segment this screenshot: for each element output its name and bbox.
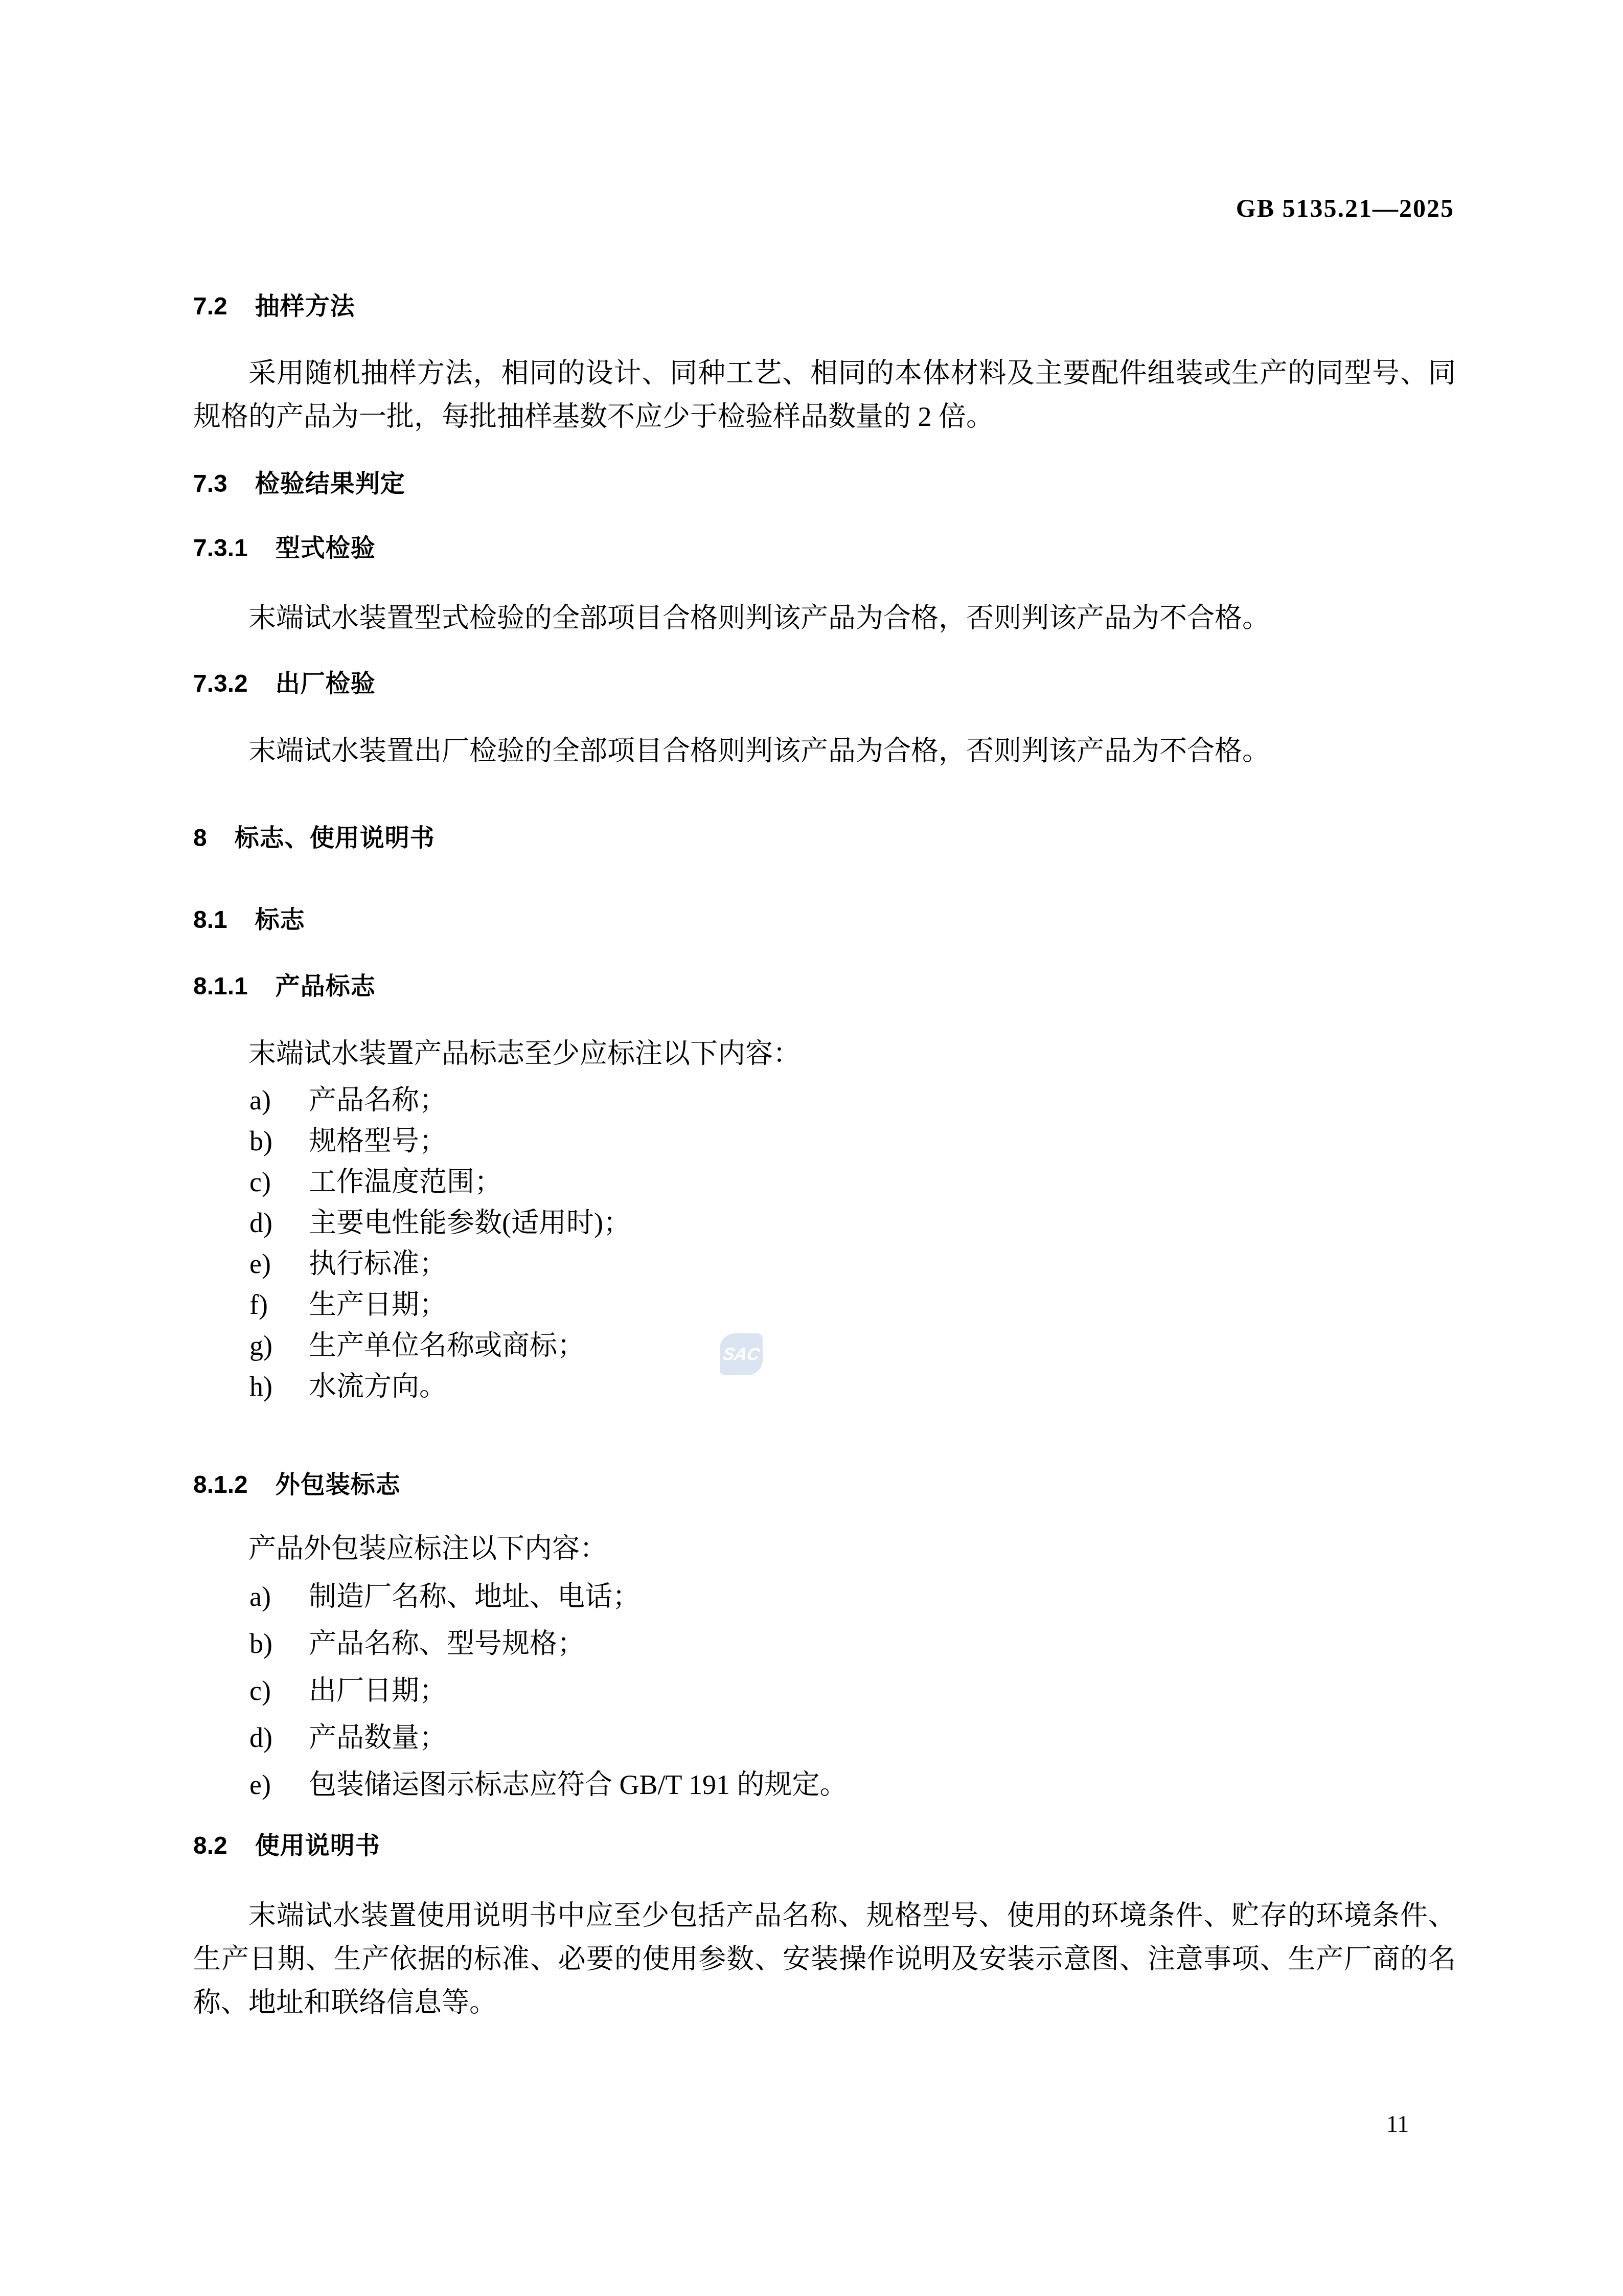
section-heading-8-1-2: 8.1.2外包装标志 [193, 1470, 401, 1501]
section-heading-7-3-2: 7.3.2出厂检验 [193, 669, 376, 699]
section-title: 出厂检验 [276, 670, 376, 697]
section-heading-7-2: 7.2抽样方法 [193, 291, 355, 322]
list-item: b)产品名称、型号规格； [193, 1620, 1456, 1667]
list-item-label: f) [249, 1284, 309, 1325]
section-number: 8.1 [193, 905, 227, 936]
marking-list-8-1-1: a)产品名称； b)规格型号； c)工作温度范围； d)主要电性能参数(适用时)… [193, 1080, 1456, 1407]
section-number: 8.1.2 [193, 1470, 248, 1501]
section-heading-8-1: 8.1标志 [193, 905, 305, 936]
section-title: 外包装标志 [276, 1471, 401, 1498]
list-item-text: 执行标准； [309, 1248, 447, 1279]
marking-list-8-1-2: a)制造厂名称、地址、电话； b)产品名称、型号规格； c)出厂日期； d)产品… [193, 1573, 1456, 1808]
list-item-label: g) [249, 1325, 309, 1366]
section-number: 7.3.2 [193, 669, 248, 699]
paragraph-7-2: 采用随机抽样方法，相同的设计、同种工艺、相同的本体材料及主要配件组装或生产的同型… [193, 352, 1456, 439]
page-number: 11 [1386, 2110, 1409, 2138]
list-item: h)水流方向。 [193, 1366, 1456, 1407]
section-heading-8: 8标志、使用说明书 [193, 823, 435, 854]
list-item-label: b) [249, 1121, 309, 1162]
list-item-text: 生产日期； [309, 1289, 447, 1320]
list-item: f)生产日期； [193, 1284, 1456, 1325]
section-title: 抽样方法 [255, 293, 355, 320]
section-title: 使用说明书 [255, 1832, 380, 1859]
section-heading-7-3-1: 7.3.1型式检验 [193, 533, 376, 564]
section-title: 产品标志 [276, 973, 376, 1000]
list-item: a)产品名称； [193, 1080, 1456, 1121]
list-item-text: 制造厂名称、地址、电话； [309, 1581, 640, 1612]
sac-watermark-logo: SAC [720, 1333, 763, 1375]
list-intro-8-1-1: 末端试水装置产品标志至少应标注以下内容： [193, 1032, 1456, 1076]
section-number: 7.3.1 [193, 533, 248, 564]
section-heading-8-2: 8.2使用说明书 [193, 1831, 380, 1861]
list-item-text: 包装储运图示标志应符合 GB/T 191 的规定。 [309, 1769, 848, 1800]
section-number: 8 [193, 823, 207, 854]
section-number: 7.3 [193, 469, 227, 499]
list-item-text: 生产单位名称或商标； [309, 1330, 585, 1361]
list-item: b)规格型号； [193, 1121, 1456, 1162]
list-item-text: 规格型号； [309, 1126, 447, 1156]
document-page: GB 5135.21—2025 7.2抽样方法 采用随机抽样方法，相同的设计、同… [0, 0, 1623, 2296]
list-item-label: a) [249, 1573, 309, 1620]
list-item-label: e) [249, 1761, 309, 1808]
list-item: c)出厂日期； [193, 1667, 1456, 1714]
list-item: e)包装储运图示标志应符合 GB/T 191 的规定。 [193, 1761, 1456, 1808]
list-intro-8-1-2: 产品外包装应标注以下内容： [193, 1527, 1456, 1571]
list-item-label: a) [249, 1080, 309, 1121]
list-item: g)生产单位名称或商标； [193, 1325, 1456, 1366]
sac-watermark-text: SAC [721, 1345, 762, 1365]
section-title: 标志、使用说明书 [235, 825, 435, 852]
list-item-text: 主要电性能参数(适用时)； [309, 1208, 631, 1238]
paragraph-7-3-1: 末端试水装置型式检验的全部项目合格则判该产品为合格，否则判该产品为不合格。 [193, 597, 1456, 640]
section-number: 8.1.1 [193, 971, 248, 1002]
paragraph-7-3-2: 末端试水装置出厂检验的全部项目合格则判该产品为合格，否则判该产品为不合格。 [193, 730, 1456, 773]
list-item-label: c) [249, 1667, 309, 1714]
list-item: c)工作温度范围； [193, 1162, 1456, 1202]
list-item-label: d) [249, 1202, 309, 1243]
section-title: 检验结果判定 [255, 470, 405, 497]
list-item-text: 工作温度范围； [309, 1167, 502, 1197]
list-item-text: 产品名称； [309, 1085, 447, 1116]
standard-code-header: GB 5135.21—2025 [1236, 193, 1454, 223]
list-item-text: 产品名称、型号规格； [309, 1628, 585, 1659]
section-heading-7-3: 7.3检验结果判定 [193, 469, 405, 499]
list-item-label: h) [249, 1366, 309, 1407]
section-title: 标志 [255, 906, 305, 934]
list-item-text: 出厂日期； [309, 1675, 447, 1706]
list-item: e)执行标准； [193, 1243, 1456, 1284]
list-item: d)主要电性能参数(适用时)； [193, 1202, 1456, 1243]
list-item: a)制造厂名称、地址、电话； [193, 1573, 1456, 1620]
list-item-label: d) [249, 1714, 309, 1761]
list-item-text: 水流方向。 [309, 1371, 447, 1402]
section-heading-8-1-1: 8.1.1产品标志 [193, 971, 376, 1002]
list-item-label: b) [249, 1620, 309, 1667]
section-number: 8.2 [193, 1831, 227, 1861]
section-title: 型式检验 [276, 535, 376, 562]
list-item: d)产品数量； [193, 1714, 1456, 1761]
list-item-label: c) [249, 1162, 309, 1202]
section-number: 7.2 [193, 291, 227, 322]
list-item-label: e) [249, 1243, 309, 1284]
list-item-text: 产品数量； [309, 1722, 447, 1753]
paragraph-8-2: 末端试水装置使用说明书中应至少包括产品名称、规格型号、使用的环境条件、贮存的环境… [193, 1894, 1456, 2025]
